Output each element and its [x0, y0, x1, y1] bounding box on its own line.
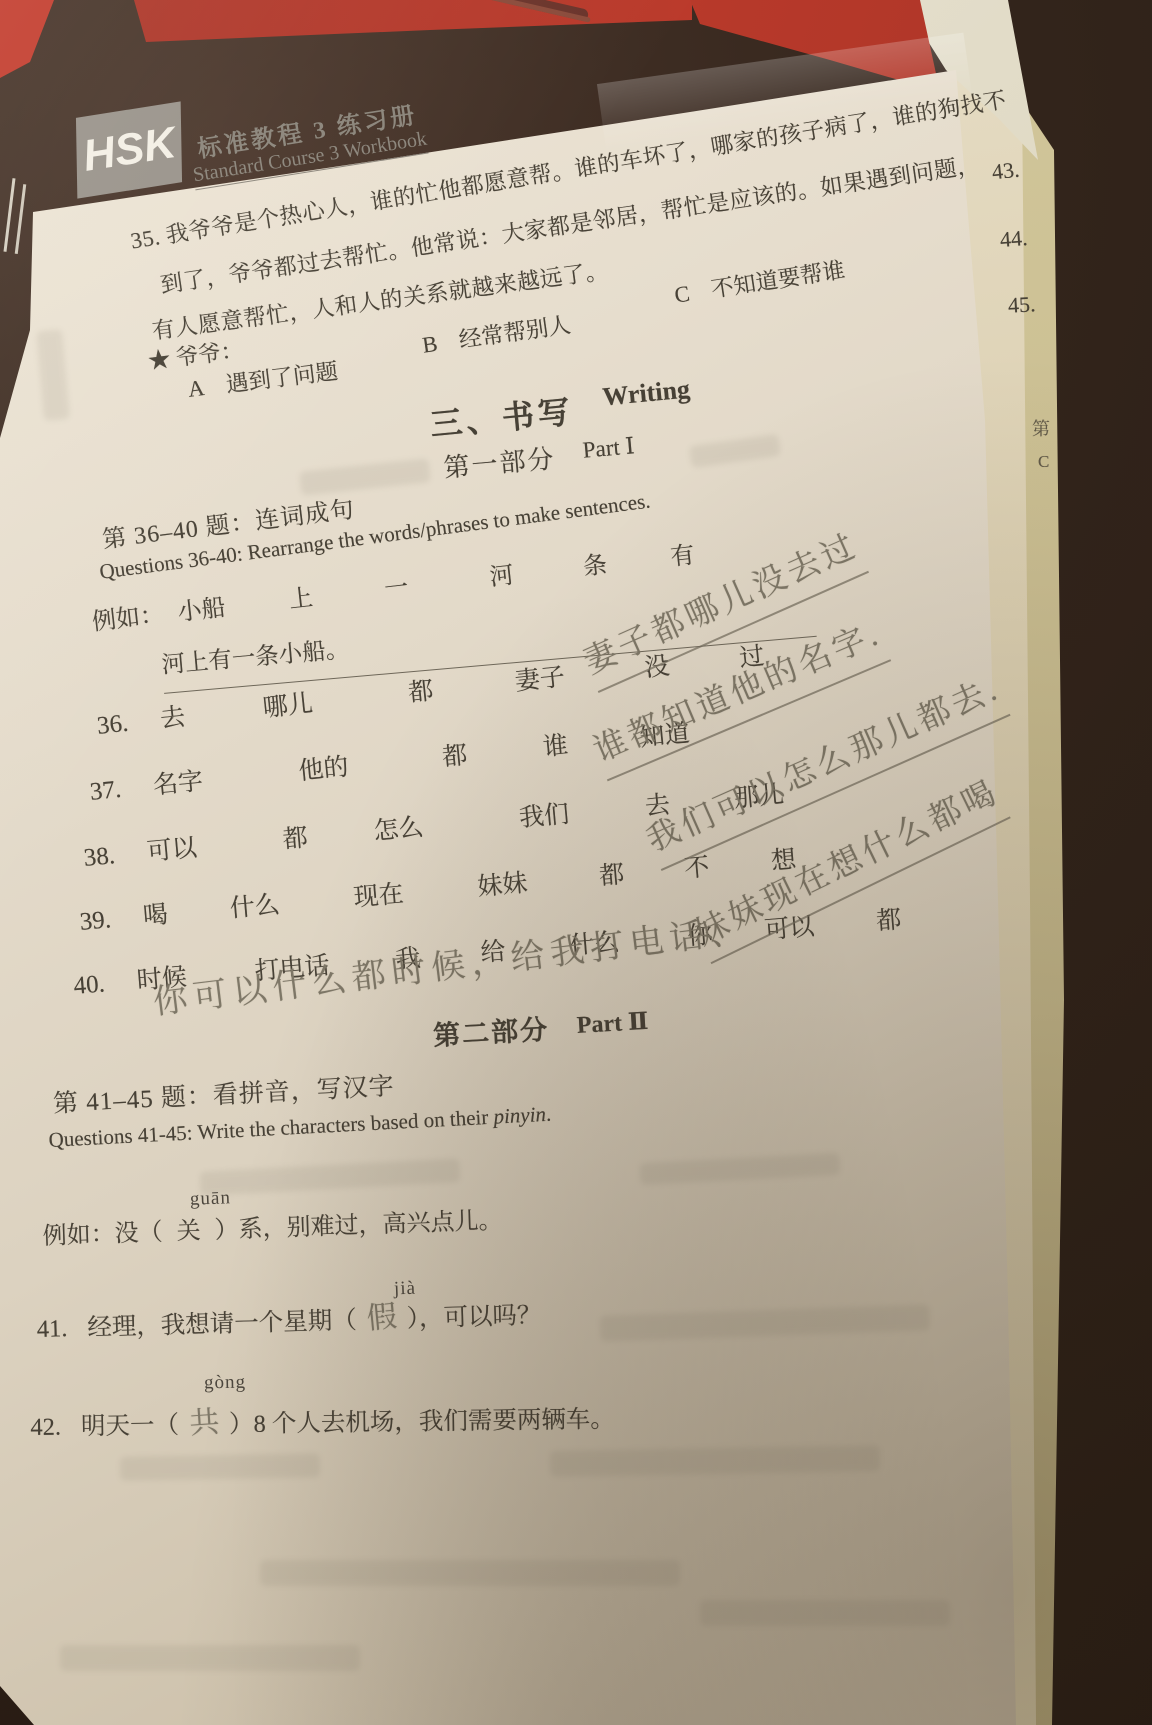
- q42-before: 明天一（: [81, 1412, 179, 1440]
- bleed-smudge: [700, 1600, 950, 1626]
- photo-of-workbook-page: HSK 标准教程 3 练习册 Standard Course 3 Workboo…: [0, 0, 1152, 1725]
- row-39-number: 39.: [79, 906, 113, 937]
- example-word: 一: [383, 575, 410, 604]
- q41-before: 经理，我想请一个星期（: [87, 1307, 357, 1342]
- word: 都: [282, 825, 309, 854]
- example-before: 例如：没（: [42, 1220, 163, 1250]
- example-word: 上: [288, 585, 315, 614]
- word: 都: [441, 742, 469, 771]
- bleed-smudge: [60, 1645, 360, 1671]
- row-37-number: 37.: [89, 776, 123, 807]
- word: 哪儿: [262, 690, 315, 722]
- example-word: 条: [582, 552, 609, 581]
- example-pinyin: guān: [190, 1187, 232, 1210]
- q42-number: 42.: [30, 1414, 61, 1442]
- word: 都: [875, 906, 902, 935]
- word: 去: [159, 704, 187, 733]
- example-word: 小船: [176, 595, 227, 626]
- margin-number-44: 44.: [999, 225, 1028, 253]
- hsk-logo: HSK: [76, 101, 182, 198]
- q42-pinyin: gòng: [204, 1372, 246, 1395]
- word: 我们: [518, 801, 570, 832]
- part2-zh: 第二部分: [432, 1015, 549, 1051]
- option-a-label: A: [187, 375, 206, 402]
- word: 可以: [146, 835, 198, 866]
- bleed-smudge: [120, 1453, 320, 1480]
- word: 喝: [142, 901, 169, 930]
- option-c-label: C: [673, 281, 692, 308]
- spine-tick: [4, 178, 16, 252]
- word: 妻子: [514, 664, 567, 696]
- row-36-number: 36.: [96, 710, 130, 741]
- word: 名字: [152, 768, 204, 800]
- q42-handwritten-char: 共: [187, 1397, 220, 1443]
- margin-glyph: C: [1038, 452, 1049, 472]
- hsk-logo-text: HSK: [79, 118, 179, 182]
- example-word: 河: [488, 563, 515, 592]
- margin-number-45: 45.: [1007, 291, 1036, 318]
- bleed-smudge: [260, 1560, 680, 1586]
- q41-handwritten-char: 假: [365, 1291, 399, 1338]
- word: 什么: [229, 891, 281, 922]
- q42-line: 42.明天一（共）8 个人去机场，我们需要两辆车。: [30, 1392, 615, 1444]
- part2-en: Part Ⅱ: [576, 1006, 649, 1040]
- margin-number-43: 43.: [991, 157, 1021, 186]
- word: 现在: [353, 881, 405, 912]
- q41-number: 41.: [36, 1315, 67, 1344]
- q42-after: ）8 个人去机场，我们需要两辆车。: [229, 1406, 615, 1438]
- word: 都: [407, 678, 435, 707]
- row-38-number: 38.: [83, 842, 117, 873]
- q41-after: ），可以吗？: [406, 1302, 541, 1333]
- word: 妹妹: [476, 870, 528, 901]
- q41-45-heading-en-pinyin-word: pinyin: [493, 1102, 547, 1129]
- word: 都: [598, 861, 625, 890]
- example-answer-text: 河上有一条小船。: [161, 637, 351, 679]
- part1-en: Part Ⅰ: [582, 433, 636, 463]
- option-b-label: B: [421, 331, 439, 358]
- example-char: 关: [176, 1218, 201, 1245]
- margin-glyph: 第: [1032, 415, 1050, 441]
- word: 他的: [297, 754, 349, 786]
- spine-tick: [15, 184, 26, 254]
- word: 怎么: [372, 814, 424, 845]
- example-word: 有: [669, 542, 696, 571]
- row-40-number: 40.: [73, 970, 106, 1000]
- word: 谁: [542, 732, 570, 761]
